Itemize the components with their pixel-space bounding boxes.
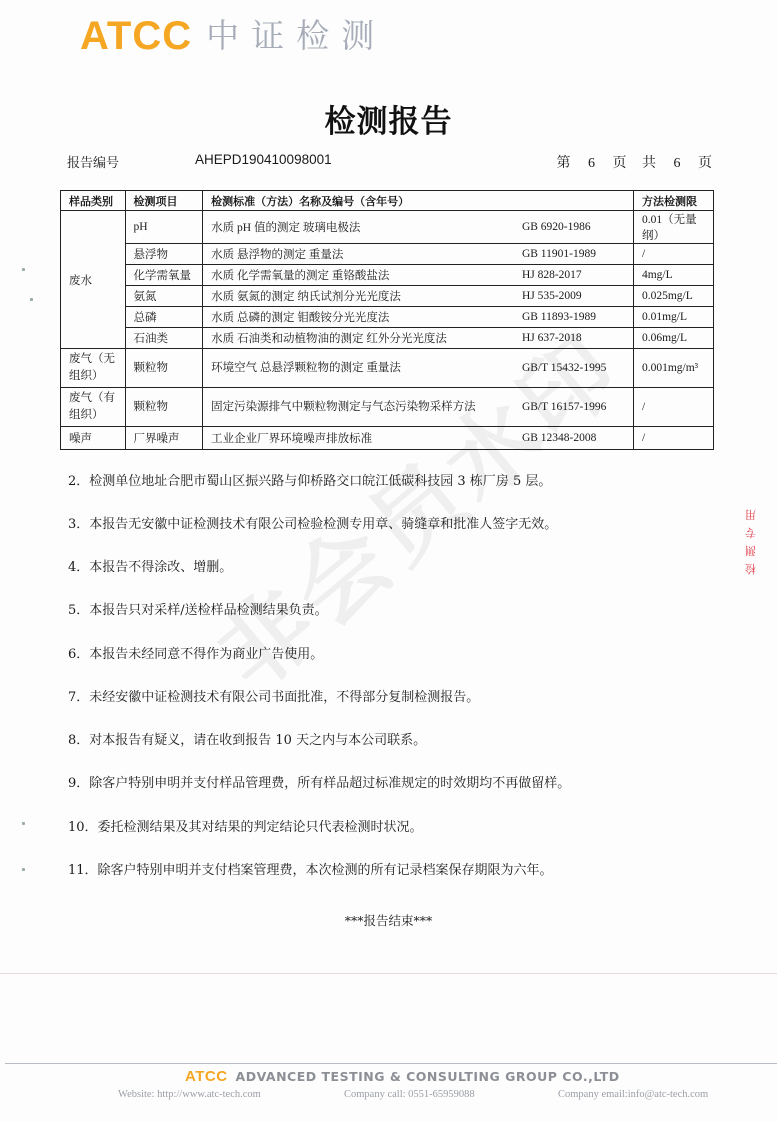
note-item: 4．本报告不得涂改、增删。 [68,556,232,575]
code-cell: GB 11893-1989 [522,307,634,328]
limit-cell: / [633,388,713,427]
scan-mark [22,868,25,871]
limit-cell: 0.01（无量纲） [633,211,713,244]
category-cell: 废气（有组织） [61,388,126,427]
code-cell: GB 12348-2008 [522,427,634,450]
page-total: 6 [674,156,681,172]
note-item: 9．除客户特别申明并支付样品管理费，所有样品超过标准规定的时效期均不再做留样。 [68,772,570,791]
logo-chinese: 中证检测 [206,8,386,64]
standard-cell: 固定污染源排气中颗粒物测定与气态污染物采样方法 [203,388,522,427]
code-cell: HJ 828-2017 [522,265,634,286]
table-row: 总磷 水质 总磷的测定 钼酸铵分光光度法 GB 11893-1989 0.01m… [61,307,714,328]
standard-cell: 水质 总磷的测定 钼酸铵分光光度法 [203,307,522,328]
standard-cell: 水质 化学需氧量的测定 重铬酸盐法 [203,265,522,286]
limit-cell: 4mg/L [633,265,713,286]
footer-logo: ATCC [185,1068,228,1085]
report-no: AHEPD190410098001 [195,152,332,167]
code-cell: GB/T 15432-1995 [522,349,634,388]
scan-mark [22,822,25,825]
footer-divider [5,1063,777,1064]
category-cell: 废气（无组织） [61,349,126,388]
table-row: 废水 pH 水质 pH 值的测定 玻璃电极法 GB 6920-1986 0.01… [61,211,714,244]
item-cell: 厂界噪声 [125,427,203,450]
table-header-row: 样品类别 检测项目 检测标准（方法）名称及编号（含年号） 方法检测限 [61,191,714,211]
code-cell: HJ 535-2009 [522,286,634,307]
test-standards-table: 样品类别 检测项目 检测标准（方法）名称及编号（含年号） 方法检测限 废水 pH… [60,190,714,450]
header-category: 样品类别 [61,191,126,211]
scan-mark [22,268,25,271]
footer-divider-top [0,973,777,974]
footer-company-name: ADVANCED TESTING & CONSULTING GROUP CO.,… [236,1069,620,1084]
item-cell: 氨氮 [125,286,203,307]
table-row: 悬浮物 水质 悬浮物的测定 重量法 GB 11901-1989 / [61,244,714,265]
item-cell: 颗粒物 [125,388,203,427]
note-item: 2．检测单位地址合肥市蜀山区振兴路与仰桥路交口皖江低碳科技园 3 栋厂房 5 层… [68,470,551,489]
report-meta: 报告编号 AHEPD190410098001 第 6 页 共 6 页 [67,152,712,172]
table-row: 废气（有组织） 颗粒物 固定污染源排气中颗粒物测定与气态污染物采样方法 GB/T… [61,388,714,427]
limit-cell: / [633,244,713,265]
limit-cell: 0.025mg/L [633,286,713,307]
standard-cell: 环境空气 总悬浮颗粒物的测定 重量法 [203,349,522,388]
note-item: 11．除客户特别申明并支付档案管理费，本次检测的所有记录档案保存期限为六年。 [68,859,553,878]
footer-website: Website: http://www.atc-tech.com [118,1089,261,1100]
limit-cell: 0.001mg/m³ [633,349,713,388]
table-row: 噪声 厂界噪声 工业企业厂界环境噪声排放标准 GB 12348-2008 / [61,427,714,450]
limit-cell: 0.06mg/L [633,328,713,349]
logo-latin: ATCC [80,8,192,64]
header-limit: 方法检测限 [633,191,713,211]
standard-cell: 水质 石油类和动植物油的测定 红外分光光度法 [203,328,522,349]
note-item: 3．本报告无安徽中证检测技术有限公司检验检测专用章、骑缝章和批准人签字无效。 [68,513,557,532]
scan-mark [30,298,33,301]
limit-cell: 0.01mg/L [633,307,713,328]
page-current: 6 [588,156,595,172]
page-suffix: 页 [698,152,712,172]
category-cell: 废水 [61,211,126,349]
seal-text: 检测专用 [742,505,756,577]
note-item: 10．委托检测结果及其对结果的判定结论只代表检测时状况。 [68,816,423,835]
table-row: 化学需氧量 水质 化学需氧量的测定 重铬酸盐法 HJ 828-2017 4mg/… [61,265,714,286]
code-cell: GB 11901-1989 [522,244,634,265]
header-standard: 检测标准（方法）名称及编号（含年号） [203,191,634,211]
table-row: 石油类 水质 石油类和动植物油的测定 红外分光光度法 HJ 637-2018 0… [61,328,714,349]
note-item: 7．未经安徽中证检测技术有限公司书面批准，不得部分复制检测报告。 [68,686,479,705]
code-cell: GB/T 16157-1996 [522,388,634,427]
limit-cell: / [633,427,713,450]
note-item: 5．本报告只对采样/送检样品检测结果负责。 [68,599,328,618]
item-cell: 颗粒物 [125,349,203,388]
standard-cell: 水质 悬浮物的测定 重量法 [203,244,522,265]
footer-phone: Company call: 0551-65959088 [344,1089,475,1100]
standard-cell: 工业企业厂界环境噪声排放标准 [203,427,522,450]
page-indicator: 第 6 页 共 6 页 [557,152,713,172]
standard-cell: 水质 pH 值的测定 玻璃电极法 [203,211,522,244]
table-row: 氨氮 水质 氨氮的测定 纳氏试剂分光光度法 HJ 535-2009 0.025m… [61,286,714,307]
report-no-label: 报告编号 [67,152,119,171]
item-cell: 总磷 [125,307,203,328]
company-logo: ATCC 中证检测 [80,8,386,64]
code-cell: GB 6920-1986 [522,211,634,244]
footer-brand: ATCCADVANCED TESTING & CONSULTING GROUP … [185,1068,620,1085]
page-title: 检测报告 [0,96,777,141]
page-mid: 页 共 [613,152,657,172]
footer-email: Company email:info@atc-tech.com [558,1089,708,1100]
item-cell: pH [125,211,203,244]
header-item: 检测项目 [125,191,203,211]
page-prefix: 第 [557,152,571,172]
item-cell: 化学需氧量 [125,265,203,286]
note-item: 8．对本报告有疑义，请在收到报告 10 天之内与本公司联系。 [68,729,426,748]
code-cell: HJ 637-2018 [522,328,634,349]
item-cell: 石油类 [125,328,203,349]
category-cell: 噪声 [61,427,126,450]
standard-cell: 水质 氨氮的测定 纳氏试剂分光光度法 [203,286,522,307]
note-item: 6．本报告未经同意不得作为商业广告使用。 [68,643,323,662]
item-cell: 悬浮物 [125,244,203,265]
table-row: 废气（无组织） 颗粒物 环境空气 总悬浮颗粒物的测定 重量法 GB/T 1543… [61,349,714,388]
report-end-mark: ***报告结束*** [0,911,777,929]
